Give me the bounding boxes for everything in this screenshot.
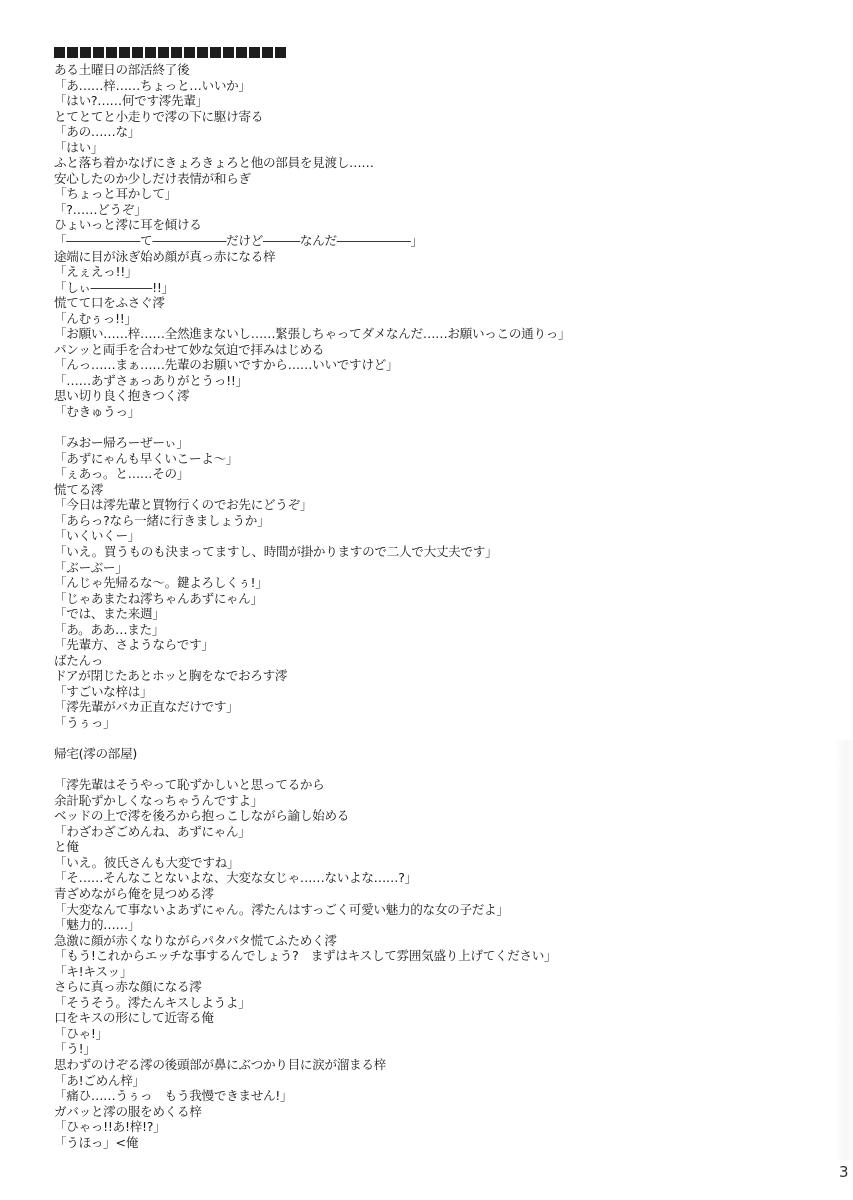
text-line: とてとてと小走りで澪の下に駆け寄る	[54, 109, 814, 125]
text-line: 「しぃ―――――!!」	[54, 280, 814, 296]
header-block	[223, 47, 234, 58]
header-block	[249, 47, 260, 58]
page-edge-shadow	[835, 740, 853, 1160]
text-line: 「あ……梓……ちょっと…いいか」	[54, 78, 814, 94]
header-block	[275, 47, 286, 58]
text-line: 帰宅(澪の部屋)	[54, 746, 814, 762]
blank-line	[54, 731, 814, 747]
text-line: 急激に顔が赤くなりながらパタパタ慌てふためく澪	[54, 933, 814, 949]
text-line: 「みおー帰ろーぜーぃ」	[54, 435, 814, 451]
text-line: 「今日は澪先輩と買物行くのでお先にどうぞ」	[54, 497, 814, 513]
blank-line	[54, 420, 814, 436]
text-line: 思い切り良く抱きつく澪	[54, 388, 814, 404]
text-line: 「先輩方、さようならです」	[54, 637, 814, 653]
text-line: 「あ。ああ…また」	[54, 622, 814, 638]
text-line: 「はい?……何です澪先輩」	[54, 93, 814, 109]
text-line: 「キ!キスッ」	[54, 964, 814, 980]
text-line: 「ちょっと耳かして」	[54, 186, 814, 202]
text-line: 青ざめながら俺を見つめる澪	[54, 886, 814, 902]
header-block	[67, 47, 78, 58]
text-line: 「はい」	[54, 140, 814, 156]
text-line: 「いくいくー」	[54, 528, 814, 544]
text-line: 「んじゃ先帰るな～。鍵よろしくぅ!」	[54, 575, 814, 591]
text-line: 「ぇあっ。と……その」	[54, 466, 814, 482]
text-line: 「えぇえっ!!」	[54, 264, 814, 280]
text-line: ドアが閉じたあとホッと胸をなでおろす澪	[54, 668, 814, 684]
header-block	[171, 47, 182, 58]
text-line: 余計恥ずかしくなっちゃうんですよ」	[54, 793, 814, 809]
text-line: 「あずにゃんも早くいこーよ～」	[54, 451, 814, 467]
header-block	[184, 47, 195, 58]
text-line: 「ひゃっ!!あ!梓!?」	[54, 1119, 814, 1135]
text-line: 「わざわざごめんね、あずにゃん」	[54, 824, 814, 840]
header-block	[145, 47, 156, 58]
text-line: 「いえ。彼氏さんも大変ですね」	[54, 855, 814, 871]
text-line: ばたんっ	[54, 653, 814, 669]
text-line: 「んむぅっ!!」	[54, 311, 814, 327]
text-line: 「お願い……梓……全然進まないし……緊張しちゃってダメなんだ……お願いっこの通り…	[54, 326, 814, 342]
text-line: ベッドの上で澪を後ろから抱っこしながら諭し始める	[54, 808, 814, 824]
text-line: さらに真っ赤な顔になる澪	[54, 979, 814, 995]
text-line: 慌てる澪	[54, 482, 814, 498]
text-line: 「ひゃ!」	[54, 1026, 814, 1042]
header-block	[262, 47, 273, 58]
text-line: 「痛ひ……うぅっ もう我慢できません!」	[54, 1088, 814, 1104]
text-line: ある土曜日の部活終了後	[54, 62, 814, 78]
text-line: 「んっ……まぁ……先輩のお願いですから……いいですけど」	[54, 357, 814, 373]
text-line: 「……あずさぁっありがとうっ!!」	[54, 373, 814, 389]
text-line: 「う!」	[54, 1041, 814, 1057]
text-body: ある土曜日の部活終了後「あ……梓……ちょっと…いいか」「はい?……何です澪先輩」…	[54, 62, 814, 1150]
text-line: 「――――――て――――――だけど―――なんだ――――――」	[54, 233, 814, 249]
header-block	[158, 47, 169, 58]
blank-line	[54, 762, 814, 778]
text-line: 「うぅっ」	[54, 715, 814, 731]
text-line: 「?……どうぞ」	[54, 202, 814, 218]
text-line: 「そうそう。澪たんキスしようよ」	[54, 995, 814, 1011]
text-line: 「ぶーぶー」	[54, 560, 814, 576]
text-line: 慌てて口をふさぐ澪	[54, 295, 814, 311]
text-line: 思わずのけぞる澪の後頭部が鼻にぶつかり目に涙が溜まる梓	[54, 1057, 814, 1073]
text-line: と俺	[54, 839, 814, 855]
header-block	[54, 47, 65, 58]
text-line: 「では、また来週」	[54, 606, 814, 622]
text-line: 「うほっ」<俺	[54, 1135, 814, 1151]
header-block	[106, 47, 117, 58]
header-block	[80, 47, 91, 58]
text-line: 「澪先輩がバカ正直なだけです」	[54, 699, 814, 715]
text-line: 「そ……そんなことないよな、大変な女じゃ……ないよな……?」	[54, 870, 814, 886]
header-block	[132, 47, 143, 58]
text-line: ガバッと澪の服をめくる梓	[54, 1104, 814, 1120]
text-line: 安心したのか少しだけ表情が和らぎ	[54, 171, 814, 187]
header-block	[236, 47, 247, 58]
text-line: 「大変なんて事ないよあずにゃん。澪たんはすっごく可愛い魅力的な女の子だよ」	[54, 902, 814, 918]
text-line: 「あの……な」	[54, 124, 814, 140]
text-line: 「じゃあまたね澪ちゃんあずにゃん」	[54, 591, 814, 607]
header-block	[119, 47, 130, 58]
text-line: 「魅力的……」	[54, 917, 814, 933]
header-block	[210, 47, 221, 58]
text-line: 「あ!ごめん梓」	[54, 1073, 814, 1089]
text-line: 「いえ。買うものも決まってますし、時間が掛かりますので二人で大丈夫です」	[54, 544, 814, 560]
header-block-row	[54, 47, 814, 59]
text-line: 「もう!これからエッチな事するんでしょう? まずはキスして雰囲気盛り上げてくださ…	[54, 948, 814, 964]
text-line: 「すごいな梓は」	[54, 684, 814, 700]
text-line: 「あらっ?なら一緒に行きましょうか」	[54, 513, 814, 529]
page-number: 3	[839, 1163, 849, 1181]
text-line: 「むきゅうっ」	[54, 404, 814, 420]
header-block	[93, 47, 104, 58]
document-page: ある土曜日の部活終了後「あ……梓……ちょっと…いいか」「はい?……何です澪先輩」…	[54, 47, 814, 1150]
text-line: 途端に目が泳ぎ始め顔が真っ赤になる梓	[54, 249, 814, 265]
text-line: ひょいっと澪に耳を傾ける	[54, 217, 814, 233]
header-block	[197, 47, 208, 58]
text-line: ふと落ち着かなげにきょろきょろと他の部員を見渡し……	[54, 155, 814, 171]
text-line: 「澪先輩はそうやって恥ずかしいと思ってるから	[54, 777, 814, 793]
text-line: 口をキスの形にして近寄る俺	[54, 1010, 814, 1026]
text-line: パンッと両手を合わせて妙な気迫で拝みはじめる	[54, 342, 814, 358]
